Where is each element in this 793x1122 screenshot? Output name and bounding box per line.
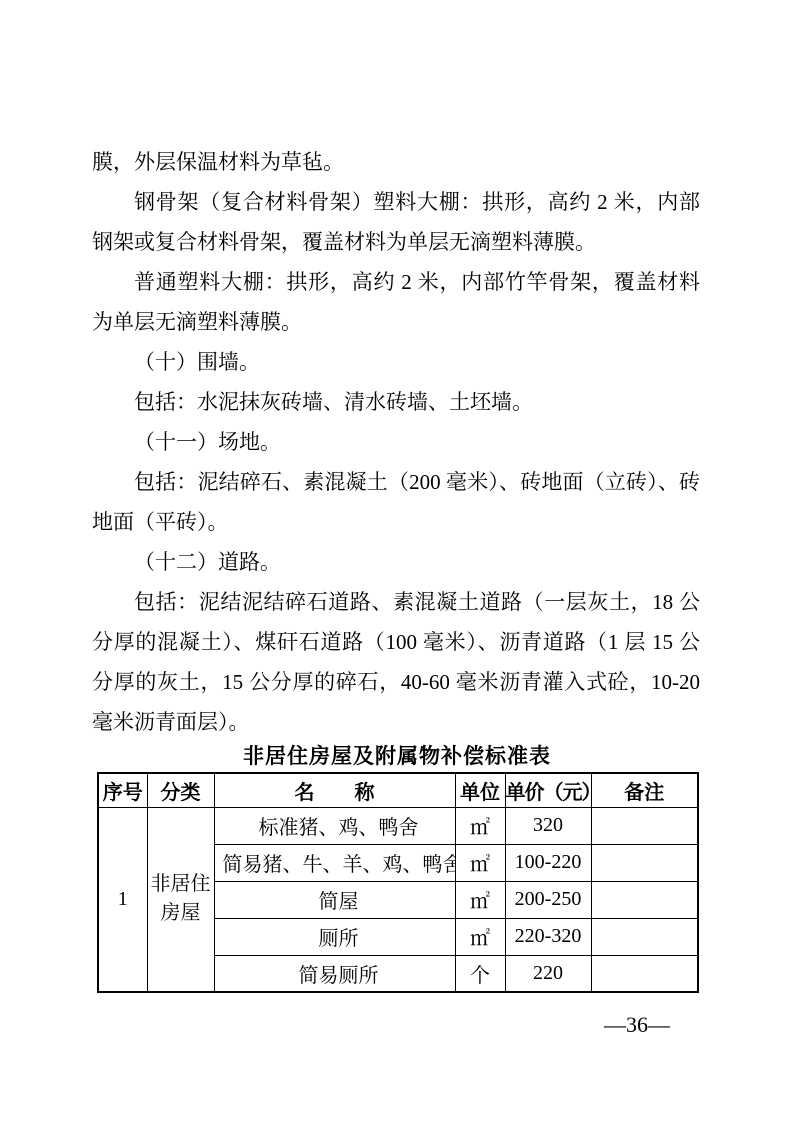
name-cell: 厕所 xyxy=(214,918,455,955)
unit-cell: 个 xyxy=(455,955,505,992)
header-category: 分类 xyxy=(147,773,214,807)
paragraph: 包括：水泥抹灰砖墙、清水砖墙、土坯墙。 xyxy=(92,382,700,422)
note-cell xyxy=(591,807,698,844)
category-cell: 非居住房屋 xyxy=(147,807,214,992)
header-price: 单价（元） xyxy=(505,773,591,807)
price-cell: 320 xyxy=(505,807,591,844)
paragraph: 普通塑料大棚：拱形，高约 2 米，内部竹竿骨架，覆盖材料为单层无滴塑料薄膜。 xyxy=(92,262,700,342)
paragraph: 包括：泥结泥结碎石道路、素混凝土道路（一层灰土，18 公分厚的混凝土）、煤矸石道… xyxy=(92,582,700,742)
price-cell: 220-320 xyxy=(505,918,591,955)
price-cell: 220 xyxy=(505,955,591,992)
header-note: 备注 xyxy=(591,773,698,807)
note-cell xyxy=(591,918,698,955)
table-row: 1非居住房屋标准猪、鸡、鸭舍㎡320 xyxy=(98,807,698,844)
paragraph: 膜，外层保温材料为草毡。 xyxy=(92,142,700,182)
body-text: 膜，外层保温材料为草毡。钢骨架（复合材料骨架）塑料大棚：拱形，高约 2 米，内部… xyxy=(92,142,700,742)
document-page: 膜，外层保温材料为草毡。钢骨架（复合材料骨架）塑料大棚：拱形，高约 2 米，内部… xyxy=(0,0,793,1122)
unit-cell: ㎡ xyxy=(455,807,505,844)
page-number: —36— xyxy=(604,1012,670,1038)
name-cell: 简屋 xyxy=(214,881,455,918)
name-cell: 标准猪、鸡、鸭舍 xyxy=(214,807,455,844)
note-cell xyxy=(591,955,698,992)
note-cell xyxy=(591,844,698,881)
unit-cell: ㎡ xyxy=(455,918,505,955)
paragraph: （十一）场地。 xyxy=(92,422,700,462)
paragraph: 包括：泥结碎石、素混凝土（200 毫米）、砖地面（立砖）、砖地面（平砖）。 xyxy=(92,462,700,542)
unit-cell: ㎡ xyxy=(455,881,505,918)
header-name: 名 称 xyxy=(214,773,455,807)
table-body: 1非居住房屋标准猪、鸡、鸭舍㎡320简易猪、牛、羊、鸡、鸭舍㎡100-220简屋… xyxy=(98,807,698,992)
paragraph: 钢骨架（复合材料骨架）塑料大棚：拱形，高约 2 米，内部钢架或复合材料骨架，覆盖… xyxy=(92,182,700,262)
table-header-row: 序号 分类 名 称 单位 单价（元） 备注 xyxy=(98,773,698,807)
name-cell: 简易猪、牛、羊、鸡、鸭舍 xyxy=(214,844,455,881)
name-cell: 简易厕所 xyxy=(214,955,455,992)
unit-cell: ㎡ xyxy=(455,844,505,881)
note-cell xyxy=(591,881,698,918)
table-title: 非居住房屋及附属物补偿标准表 xyxy=(97,742,697,772)
header-serial: 序号 xyxy=(98,773,147,807)
compensation-table: 序号 分类 名 称 单位 单价（元） 备注 1非居住房屋标准猪、鸡、鸭舍㎡320… xyxy=(97,772,699,993)
paragraph: （十二）道路。 xyxy=(92,542,700,582)
serial-cell: 1 xyxy=(98,807,147,992)
header-unit: 单位 xyxy=(455,773,505,807)
price-cell: 100-220 xyxy=(505,844,591,881)
table-header: 序号 分类 名 称 单位 单价（元） 备注 xyxy=(98,773,698,807)
paragraph: （十）围墙。 xyxy=(92,342,700,382)
price-cell: 200-250 xyxy=(505,881,591,918)
